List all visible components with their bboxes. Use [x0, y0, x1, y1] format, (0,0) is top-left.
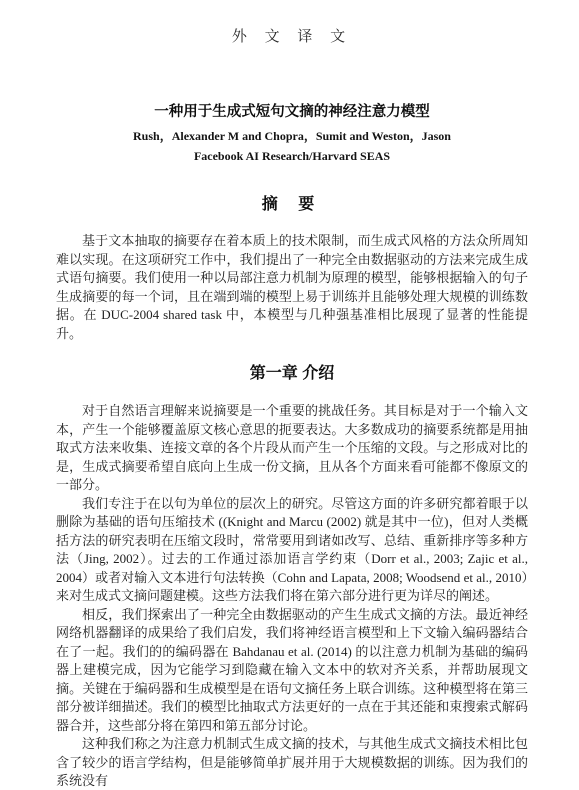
- intro-paragraph-1: 对于自然语言理解来说摘要是一个重要的挑战任务。其目标是对于一个输入文本，产生一个…: [56, 402, 528, 495]
- intro-paragraph-3: 相反，我们探索出了一种完全由数据驱动的产生生成式文摘的方法。最近神经网络机器翻译…: [56, 606, 528, 736]
- intro-paragraph-2: 我们专注于在以句为单位的层次上的研究。尽管这方面的许多研究都着眼于以删除为基础的…: [56, 495, 528, 606]
- abstract-paragraph: 基于文本抽取的摘要存在着本质上的技术限制，而生成式风格的方法众所周知难以实现。在…: [56, 232, 528, 343]
- authors-line: Rush，Alexander M and Chopra，Sumit and We…: [56, 129, 528, 144]
- doc-type-header: 外 文 译 文: [56, 28, 528, 46]
- affiliation-line: Facebook AI Research/Harvard SEAS: [56, 149, 528, 164]
- intro-paragraph-4: 这种我们称之为注意力机制式生成文摘的技术，与其他生成式文摘技术相比包含了较少的语…: [56, 735, 528, 790]
- chapter-heading: 第一章 介绍: [56, 364, 528, 384]
- abstract-heading: 摘 要: [56, 195, 528, 215]
- paper-title: 一种用于生成式短句文摘的神经注意力模型: [56, 103, 528, 122]
- document-page: 外 文 译 文 一种用于生成式短句文摘的神经注意力模型 Rush，Alexand…: [0, 0, 579, 790]
